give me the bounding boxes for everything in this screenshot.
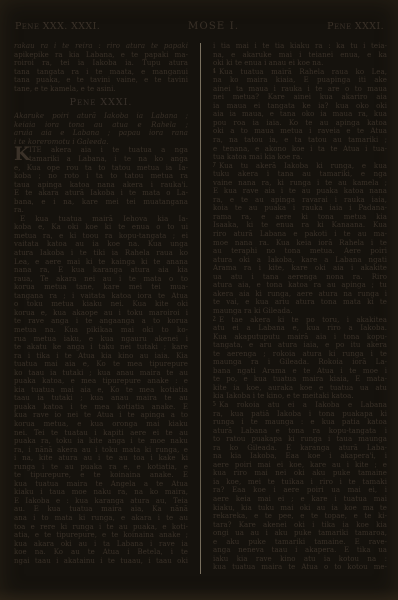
page-title: MOSE I. [188,21,239,32]
left-column: rakau ra i te reira : riro atura te papa… [14,42,200,574]
text-line: metua ra, e ki toou ra kopu-tangata ; ei [14,232,188,241]
text-line: E kua tuatua mairā Iehova kia Ia-3 [14,215,188,224]
text-line: atu ei a Labana e, kua riro a Iakoba. [213,324,387,333]
text-line: tamariki a Labana, i te na ko anga [14,155,188,164]
text-line: tangana ra ; i vaitata katoa iora te Atu… [14,292,188,301]
text-line: ia maua ei tangata ke ia? kua oko oki [213,102,387,111]
text-line: tangata, e aru atura iaia, e po itu aker… [213,341,387,350]
text-line: nei metua? Kare ainei kua akariro aia15 [213,93,387,102]
verse-number: 17 [213,162,216,170]
text-line: aere keia mai ei ; e kare i tuatua mai [213,495,387,504]
text-line: na kia Iakoba, Eaa koe i akapera'i, i [213,452,387,461]
text-line: te tipurepure, e te koinaina anake. E11 [14,471,188,480]
text-line: koia te au puaka i rauka iaia i Padana- [213,204,387,213]
text-line: e aku puke tamariki tamaine. E rave-29 [213,538,387,547]
text-line: kiaku, kia tuku mai oki au ia koe ma te [213,504,387,513]
text-line: puaka katoa, e mea tipurepure anake : e [14,377,188,386]
text-line: oki ki te enua i anau ei koe na. [213,59,387,68]
text-line: keiaia iora tona au atua e Rahela ; [14,121,188,130]
text-line: te vai, e kua ariu atura tona mata ki te [213,298,387,307]
text-line: tuatua mai aia e, Ko te mea tipurepure [14,360,188,369]
text-line: Ka rokoia atu ei a Iakoba e Labana25 [213,401,387,410]
text-line: tara? Kare akenei oki i tika ia koe kia [213,521,387,530]
text-line: o toku metua kiaku nei. Kua kite oki6 [14,300,188,309]
text-line: toa e rere ki runga i te au puaka, e kot… [14,523,188,532]
text-line: taau ia tutaki ; kua anau maira te au [14,394,188,403]
text-line: au teraphi no tona metua. Aere poiri20 [213,247,387,256]
text-line: aruia aia e Labana ; papau iora rana [14,129,188,138]
text-line: roiroi ra, tei ia Iakoba ia. Tupu atura4… [14,59,188,68]
text-line: kia Iakoba i te kino, e te meitaki katoa… [213,392,387,401]
text-line: raua, Te akara nei au i te mata o to [14,275,188,284]
text-line: maunga ra ki Gileada. [213,307,387,316]
text-line: i na, kite atura au i te au toa i kake k… [14,454,188,463]
text-line: puaka ra, toku ia kite anga i te moe nak… [14,437,188,446]
text-line: kua akara oki au i ta Labana i rave ia [14,540,188,549]
text-line: ra i tika i te Atua kia kino au iaia. Ki… [14,352,188,361]
text-line: puaka katoa i te mea kotiatia anake. E9 [14,403,188,412]
text-line: te po, e kua tuatua maira kiaia, E mata- [213,375,387,384]
text-line: ana i to mata ki runga, e akara i te au [14,514,188,523]
text-line: ra, kua patiā Iakoba i tona puakapa ki [213,410,387,419]
text-line: tana tangata ra i te maata, e manganui [14,68,188,77]
text-line: ko taau ia tutaki ; kua anau maira te au [14,369,188,378]
verse-number: 22 [213,316,216,324]
text-line: kite ia koe, auraka koe e tuatua ua atu [213,384,387,393]
text-line: Isaaka, ki te enua ra ki Kanaana. Kua19 [213,221,387,230]
text-line: atura Iakoba i te tiki ia Rahela raua ko [14,249,188,258]
right-column: i tia mai i te tia kiaku ra : ka tu i te… [201,42,387,574]
chapter-31-body: KITE akera aia i te tuatua a nga1tamarik… [14,146,188,565]
chapter-30-continuation: rakau ra i te reira : riro atura te papa… [14,42,188,93]
text-line: ra. [14,206,188,215]
text-line: runga i te au puaka ra e, e kotiatia, e [14,463,188,472]
text-line: korua metua tane, kare mei tei mua- [14,283,188,292]
text-line: na ko maira kiaia, E puapinga iti ake [213,76,387,85]
text-line: ITE akera aia i te tuatua a nga1 [14,146,188,155]
text-line: akera aia ki runga, aere atura na runga … [213,290,387,299]
text-line: oki a to maua metua i raveia e te Atua [213,127,387,136]
text-line: aia ia maua, e tana oko ia maua ra, kua [213,110,387,119]
text-line: te akatu ke anga i taku nei tutaki ; kar… [14,343,188,352]
text-line: nana ra, E kua karanga atura aia kia5 [14,266,188,275]
running-header: Pene XXX. XXXI. MOSE I. Pene XXXI. [0,0,398,33]
text-line: ra? Eaa koe i aere poiri ua mai ei, i27 [213,486,387,495]
text-line: taua apinga katoa nana akera i rauka'i. [14,181,188,190]
verse-number: 14 [213,68,216,76]
text-line: rua metua iaku, e kua ngauru akenei i [14,335,188,344]
text-line: rekareka, e te pee, e te topae, e te ki-… [213,512,387,521]
text-line: kua tuatua maira te Atua o to kotou me- [213,563,387,572]
text-line: E tae akera ki te po toru, i akakitea22 [213,316,387,325]
page-edge-shadow [0,588,398,600]
text-line: tana puaka, e te tavini vaine, e te tavi… [14,76,188,85]
text-line: Kua tu akerā Iakoba ki runga, e kua17 [213,162,387,171]
text-line: nei. Tei te tuatau i kapiti aere ei te a… [14,429,188,438]
text-line: rama ra, e aere ki tona metua kia [213,213,387,222]
chapter-heading: Pene XXXI. [14,98,188,108]
text-line: i te koreromotu i Galeeda. [14,138,188,147]
text-line: ra, i nānā akera au i toku mata ki runga… [14,446,188,455]
text-line: ainei ta maua i rauka i te are o to maua [213,85,387,94]
text-line: tane, e te kamela, e te asini. [14,85,188,94]
text-line: aere poiri mai ei koe, kare au i kite ; … [213,461,387,470]
text-line: Akaruke poiri aturā Iakoba ia Labana ; [14,112,188,121]
text-line: pou roa ia iaia. Ko te au apinga katoa16 [213,119,387,128]
text-line: moe nana ra. Kua keia iorā Rahela i te [213,239,387,248]
text-line: tua katoa mai kia koe ra. [213,153,387,162]
text-line: ia koe, mei te tuikaa i riro i te tamaki [213,478,387,487]
text-columns: rakau ra i te reira : riro atura te papa… [0,33,398,574]
text-line: maunga ra i Gileada. Rokoia iorā La- [213,358,387,367]
text-line: to ratou puakapa ki runga i taua maunga [213,435,387,444]
text-line: vaitata katoa au ia koe na. Kua unga4 [14,240,188,249]
text-line: kia tuatua mai aia e, Ko te mea kotiatia [14,386,188,395]
text-line: vaine nana ra, ki runga i te au kamela ; [213,179,387,188]
text-line: te aerenga ; rokoia atura ki runga i te [213,350,387,359]
text-line: E kua rave aia i te au puaka katoa nana1… [213,187,387,196]
text-line: ongi ua au i aku puke tamariki tamaroa, [213,529,387,538]
text-line: ra, na tatou ia, e ta tatou au tamariki … [213,136,387,145]
running-head-right: Pene XXXI. [327,21,384,32]
text-line: ngai taau i akatainu i te tuaau, i taau … [14,557,188,566]
text-line: riro aturā Labana e pakoti i te au ma- [213,230,387,239]
text-line: apikepike ra kia Labana, e te papaki ma- [14,51,188,60]
text-line: kua riro mai nei oki aku puke tamaine [213,469,387,478]
text-line: atura oki a Iakoba, kare a Labana ngati [213,256,387,265]
text-line: te rave anga i te angaanga a to korua [14,317,188,326]
text-line: atia, e te tipurepure, e te koinaina ana… [14,531,188,540]
verse-number: 25 [213,401,216,409]
text-line: Arama ra i kite, kare oki aia i akakite [213,264,387,273]
text-line: kua tuatua maira te Angela a te Atua [14,480,188,489]
text-line: aturā Labana e tona ra kopu-tangata i [213,427,387,436]
text-line: bana ngati Arama e te Atua i te moe i24 [213,367,387,376]
text-line: runga i te maunga : e kua patia katoa [213,418,387,427]
text-line: koe na. Ko au te Atua i Betela, i te13 [14,548,188,557]
text-line: Kua akaputuputu mairā aia i tona kopu-23 [213,333,387,342]
text-line: ua atu i tana aerenga nona ra. Riro21 [213,273,387,282]
text-line: Kua tuatua mairā Rahela raua ko Lea,14 [213,68,387,77]
chapter-summary: Akaruke poiri aturā Iakoba ia Labana ;ke… [14,112,188,146]
text-line: na, e akaruke mai i teianei enua, e ka [213,51,387,60]
book-page: Pene XXX. XXXI. MOSE I. Pene XXXI. rakau… [0,0,398,600]
chapter-31-body-continued: i tia mai i te tia kiaku ra : ka tu i te… [213,42,387,572]
text-line: Lea, e aere mai ki te kainga ki te anana [14,258,188,267]
text-line: e, Kua ope rou ta to tatou metua ia Ia- [14,164,188,173]
text-line: ra ko Gileada. E karanga aturā Laba-26 [213,444,387,453]
text-line: i tia mai i te tia kiaku ra : ka tu i te… [213,42,387,51]
text-line: kua rave io nei te Atua i te apinga a to [14,411,188,420]
text-line: E te akara aturā Iakoba i te mata o La-2 [14,189,188,198]
text-line: atura aia, e tona katoa ra au apinga ; t… [213,281,387,290]
text-line: bana, e i na, kare mei tei muatangana [14,198,188,207]
text-line: korua e, kua akaope au i toku maroiroi i [14,309,188,318]
text-line: anga neneva taau i akapera. E tika ua [213,546,387,555]
text-line: tuku akera i tana au tamariki, e nga [213,170,387,179]
text-line: rakau ra i te reira : riro atura te papa… [14,42,188,51]
text-line: koba e, Ka oki koe ki te enua o to ui [14,223,188,232]
text-line: iaku kia rave kino atu ia kotou na : [213,555,387,564]
text-line: metua na. Kua pikikaa mai oki to ko-7 [14,326,188,335]
text-line: kiaku i taua moe naku ra, na ko maira, [14,488,188,497]
text-line: au. E kua tuatua maira aia, Ka nānā12 [14,505,188,514]
running-head-left: Pene XXX. XXXI. [15,21,100,32]
text-line: ra, e te au apinga ravarai i rauka iaia, [213,196,387,205]
text-line: koba ; no roto i ta to tatou metua ra [14,172,188,181]
text-line: e tenana, e akono koe i ta te Atua i tua… [213,145,387,154]
text-line: korua metua, e kua oronga mai kiaku [14,420,188,429]
text-line: E Iakoba e : kua karanga atura au, Teia [14,497,188,506]
